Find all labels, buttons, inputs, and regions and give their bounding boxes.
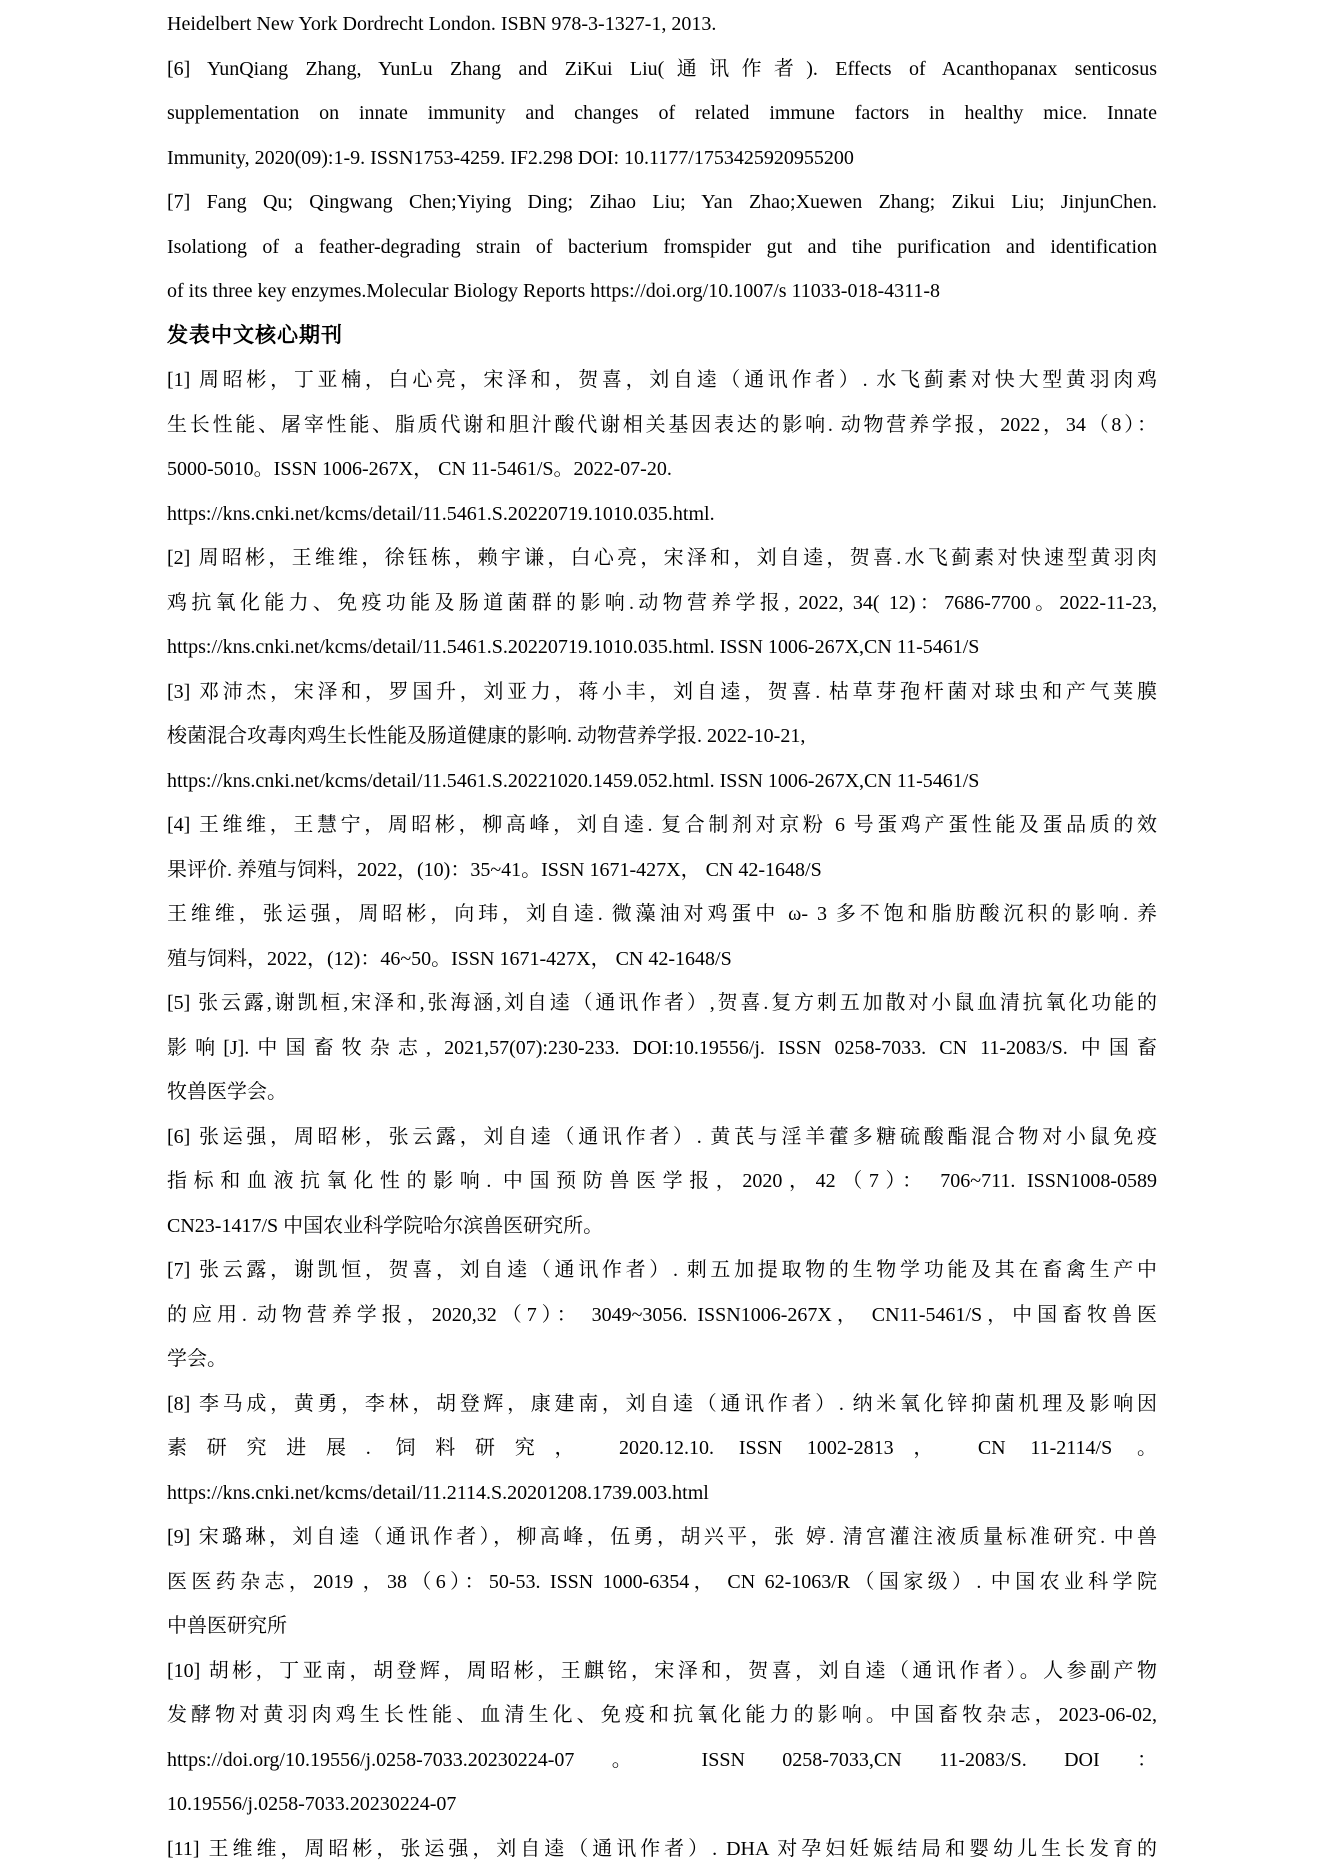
- document-line: [5] 张云露,谢凯桓,宋泽和,张海涵,刘自逵（通讯作者）,贺喜.复方刺五加散对…: [167, 981, 1157, 1026]
- document-line: 发酵物对黄羽肉鸡生长性能、血清生化、免疫和抗氧化能力的影响。中国畜牧杂志，202…: [167, 1693, 1157, 1738]
- document-line: 医医药杂志，2019 ，38（6）：50-53. ISSN 1000-6354，…: [167, 1560, 1157, 1605]
- document-line: [11] 王维维，周昭彬，张运强，刘自逵（通讯作者）. DHA 对孕妇妊娠结局和…: [167, 1827, 1157, 1871]
- document-line: [1] 周昭彬，丁亚楠，白心亮，宋泽和，贺喜，刘自逵（通讯作者）. 水飞蓟素对快…: [167, 358, 1157, 403]
- document-line: https://kns.cnki.net/kcms/detail/11.5461…: [167, 759, 1157, 804]
- document-line: https://kns.cnki.net/kcms/detail/11.5461…: [167, 492, 1157, 537]
- document-line: https://kns.cnki.net/kcms/detail/11.5461…: [167, 625, 1157, 670]
- document-page: Heidelbert New York Dordrecht London. IS…: [0, 0, 1323, 1871]
- document-line: supplementation on innate immunity and c…: [167, 91, 1157, 136]
- document-line: [6] 张运强，周昭彬，张云露，刘自逵（通讯作者）. 黄芪与淫羊藿多糖硫酸酯混合…: [167, 1115, 1157, 1160]
- document-line: 的应用. 动物营养学报，2020,32（7）： 3049~3056. ISSN1…: [167, 1293, 1157, 1338]
- document-line: Immunity, 2020(09):1-9. ISSN1753-4259. I…: [167, 136, 1157, 181]
- document-body: Heidelbert New York Dordrecht London. IS…: [167, 2, 1157, 1871]
- section-heading: 发表中文核心期刊: [167, 314, 1157, 359]
- document-line: 10.19556/j.0258-7033.20230224-07: [167, 1782, 1157, 1827]
- document-line: 素研究进展. 饲料研究， 2020.12.10. ISSN 1002-2813，…: [167, 1426, 1157, 1471]
- document-line: [7] Fang Qu; Qingwang Chen;Yiying Ding; …: [167, 180, 1157, 225]
- document-line: [4] 王维维，王慧宁，周昭彬，柳高峰，刘自逵. 复合制剂对京粉 6 号蛋鸡产蛋…: [167, 803, 1157, 848]
- document-line: [2] 周昭彬，王维维，徐钰栋，赖宇谦，白心亮，宋泽和，刘自逵，贺喜.水飞蓟素对…: [167, 536, 1157, 581]
- document-line: Heidelbert New York Dordrecht London. IS…: [167, 2, 1157, 47]
- document-line: [3] 邓沛杰，宋泽和，罗国升，刘亚力，蒋小丰，刘自逵，贺喜. 枯草芽孢杆菌对球…: [167, 670, 1157, 715]
- document-line: 指标和血液抗氧化性的影响. 中国预防兽医学报，2020，42（7）： 706~7…: [167, 1159, 1157, 1204]
- document-line: [7] 张云露，谢凯恒，贺喜，刘自逵（通讯作者）. 刺五加提取物的生物学功能及其…: [167, 1248, 1157, 1293]
- document-line: 鸡抗氧化能力、免疫功能及肠道菌群的影响.动物营养学报, 2022, 34( 12…: [167, 581, 1157, 626]
- document-line: 学会。: [167, 1337, 1157, 1382]
- document-line: 梭菌混合攻毒肉鸡生长性能及肠道健康的影响. 动物营养学报. 2022-10-21…: [167, 714, 1157, 759]
- document-line: https://doi.org/10.19556/j.0258-7033.202…: [167, 1738, 1157, 1783]
- document-line: of its three key enzymes.Molecular Biolo…: [167, 269, 1157, 314]
- document-line: 王维维，张运强，周昭彬，向玮，刘自逵. 微藻油对鸡蛋中 ω- 3 多不饱和脂肪酸…: [167, 892, 1157, 937]
- document-line: 5000-5010。ISSN 1006-267X， CN 11-5461/S。2…: [167, 447, 1157, 492]
- document-line: CN23-1417/S 中国农业科学院哈尔滨兽医研究所。: [167, 1204, 1157, 1249]
- document-line: 果评价. 养殖与饲料，2022，(10)：35~41。ISSN 1671-427…: [167, 848, 1157, 893]
- document-line: Isolationg of a feather-degrading strain…: [167, 225, 1157, 270]
- document-line: [9] 宋璐琳，刘自逵（通讯作者），柳高峰，伍勇，胡兴平，张 婷. 清宫灌注液质…: [167, 1515, 1157, 1560]
- document-line: 殖与饲料，2022，(12)：46~50。ISSN 1671-427X， CN …: [167, 937, 1157, 982]
- document-line: 影响[J].中国畜牧杂志, 2021,57(07):230-233. DOI:1…: [167, 1026, 1157, 1071]
- document-line: [6] YunQiang Zhang, YunLu Zhang and ZiKu…: [167, 47, 1157, 92]
- document-line: 中兽医研究所: [167, 1604, 1157, 1649]
- document-line: 生长性能、屠宰性能、脂质代谢和胆汁酸代谢相关基因表达的影响. 动物营养学报，20…: [167, 403, 1157, 448]
- document-line: https://kns.cnki.net/kcms/detail/11.2114…: [167, 1471, 1157, 1516]
- document-line: [8] 李马成，黄勇，李林，胡登辉，康建南，刘自逵（通讯作者）. 纳米氧化锌抑菌…: [167, 1382, 1157, 1427]
- document-line: [10] 胡彬，丁亚南，胡登辉，周昭彬，王麒铭，宋泽和，贺喜，刘自逵（通讯作者）…: [167, 1649, 1157, 1694]
- document-line: 牧兽医学会。: [167, 1070, 1157, 1115]
